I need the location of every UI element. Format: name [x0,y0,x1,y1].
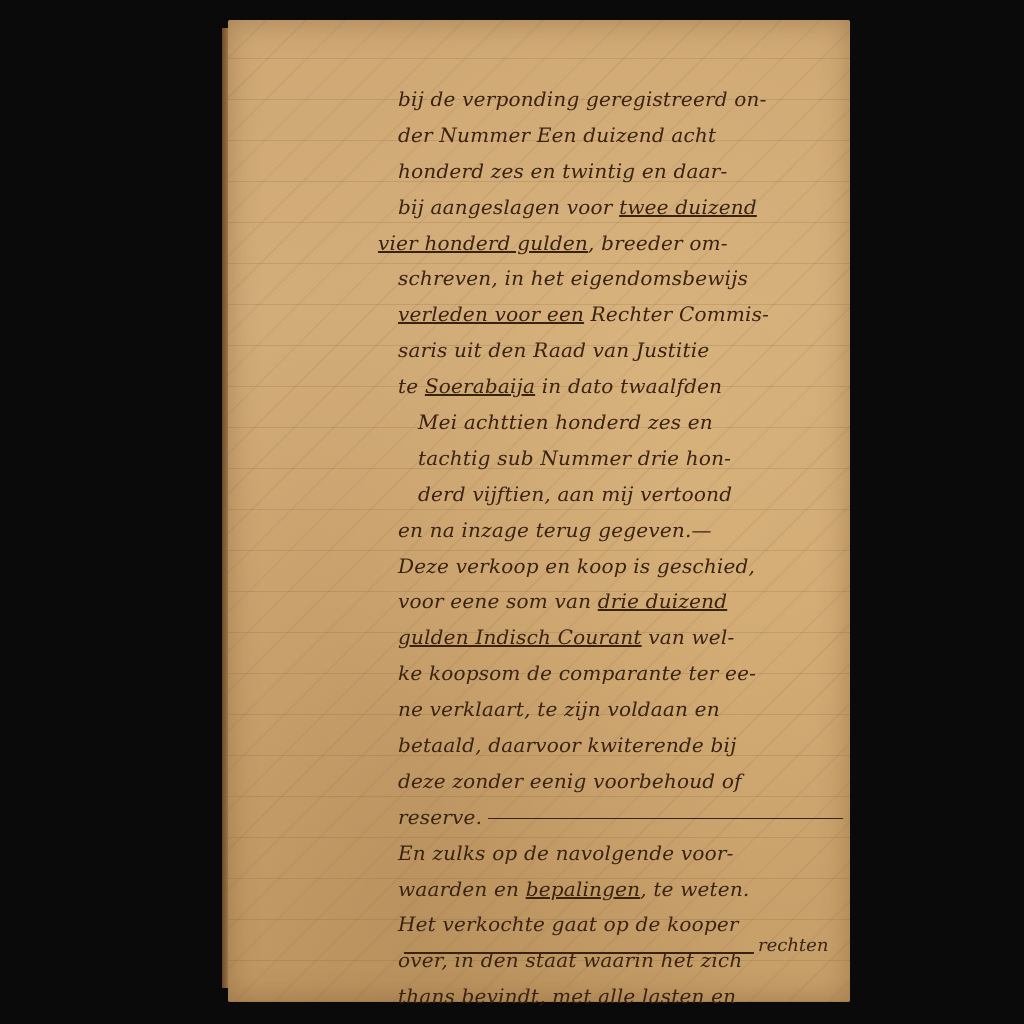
text-line-10: Mei achttien honderd zes en [398,405,843,441]
underlined-currency: gulden Indisch Courant [398,625,642,649]
text-line-14: Deze verkoop en koop is geschied, [398,549,843,585]
text-line-11: tachtig sub Nummer drie hon- [398,441,843,477]
underlined-term: bepalingen [526,877,641,901]
text-line-8: saris uit den Raad van Justitie [398,333,843,369]
underlined-sum: drie duizend [598,589,728,613]
photo-background: bij de verponding geregistreerd on- der … [0,0,1024,1024]
text-line-6: schreven, in het eigendomsbewijs [398,261,843,297]
catchword: rechten [758,935,828,956]
text-line-5-part-b: , breeder om- [588,231,728,255]
text-line-9-part-a: te [398,374,425,398]
text-line-22: En zulks op de navolgende voor- [398,836,843,872]
text-line-7-part-b: Rechter Commis- [584,302,769,326]
text-line-21: reserve. [398,800,843,836]
text-line-3: honderd zes en twintig en daar- [398,154,843,190]
underlined-amount: twee duizend [619,195,757,219]
filler-rule [488,818,843,820]
text-line-1: bij de verponding geregistreerd on- [398,82,843,118]
text-line-21-word: reserve. [398,805,482,829]
closing-filler-rule [404,952,754,954]
text-line-23: waarden en bepalingen, te weten. [398,872,843,908]
text-line-20: deze zonder eenig voorbehoud of [398,764,843,800]
text-line-4: bij aangeslagen voor twee duizend [398,190,843,226]
text-line-12: derd vijftien, aan mij vertoond [398,477,843,513]
text-line-9: te Soerabaija in dato twaalfden [398,369,843,405]
handwritten-text: bij de verponding geregistreerd on- der … [398,82,843,1015]
text-line-16: gulden Indisch Courant van wel- [398,620,843,656]
text-line-2: der Nummer Een duizend acht [398,118,843,154]
text-line-15-part-a: voor eene som van [398,589,598,613]
manuscript-page: bij de verponding geregistreerd on- der … [228,20,850,1002]
text-line-26: thans bevindt, met alle lasten en [398,979,843,1015]
text-line-4-part-a: bij aangeslagen voor [398,195,619,219]
text-line-15: voor eene som van drie duizend [398,584,843,620]
underlined-amount-cont: vier honderd gulden [378,231,588,255]
text-line-9-part-b: in dato twaalfden [535,374,722,398]
text-line-23-part-b: , te weten. [640,877,749,901]
text-line-19: betaald, daarvoor kwiterende bij [398,728,843,764]
text-line-5: vier honderd gulden, breeder om- [378,226,843,262]
underlined-place: Soerabaija [425,374,535,398]
text-line-17: ke koopsom de comparante ter ee- [398,656,843,692]
text-line-23-part-a: waarden en [398,877,526,901]
text-line-18: ne verklaart, te zijn voldaan en [398,692,843,728]
text-line-7: verleden voor een Rechter Commis- [398,297,843,333]
text-line-13: en na inzage terug gegeven.— [398,513,843,549]
text-line-16-part-b: van wel- [642,625,735,649]
underlined-phrase: verleden voor een [398,302,584,326]
